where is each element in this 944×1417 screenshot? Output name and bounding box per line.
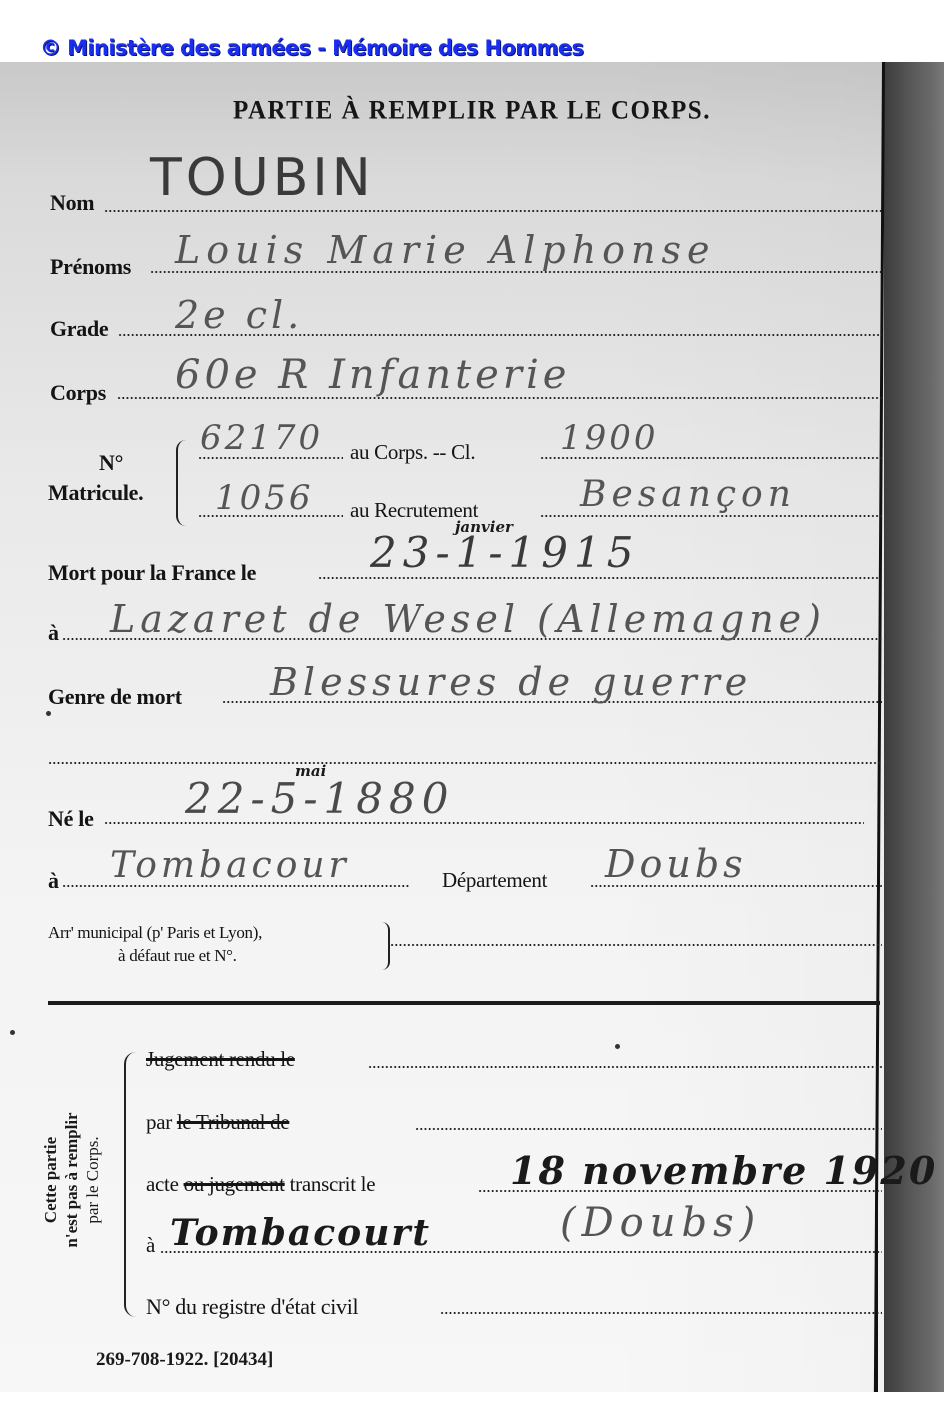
matricule-corps-number: 62170 (200, 418, 323, 458)
mort-a-label: à (48, 620, 59, 646)
ink-speck (10, 1030, 15, 1035)
mort-le-label: Mort pour la France le (48, 560, 256, 586)
grade-value: 2e cl. (175, 293, 303, 337)
recrutement-place: Besançon (580, 474, 796, 515)
ne-a-label: à (48, 868, 59, 894)
arrondissement-label-1: Arr' municipal (p' Paris et Lyon), (48, 923, 262, 943)
prenoms-label: Prénoms (50, 254, 131, 280)
section-divider (48, 1001, 880, 1005)
matricule-label-no: N° (99, 450, 123, 476)
matricule-brace (176, 440, 186, 526)
ne-le-value: 22-5-1880 (185, 774, 454, 823)
arrondissement-label-2: à défaut rue et N°. (118, 946, 237, 966)
departement-label: Département (442, 868, 547, 893)
nom-value: TOUBIN (150, 148, 375, 208)
jugement-leader (368, 1066, 882, 1068)
classe-value: 1900 (560, 418, 659, 458)
ink-speck (46, 711, 51, 716)
genre-de-mort-leader-2 (48, 762, 882, 764)
lower-section-brace (124, 1052, 136, 1317)
registre-leader (440, 1312, 882, 1314)
lieu-label: à (146, 1233, 155, 1258)
grade-label: Grade (50, 316, 108, 342)
ink-speck (615, 1044, 620, 1049)
ne-a-value: Tombacour (110, 845, 350, 886)
nom-leader (104, 210, 882, 212)
acte-value: 18 novembre 1920 (510, 1148, 937, 1193)
tribunal-prefix: par (146, 1110, 172, 1134)
side-label: Cette partie n'est pas à remplir par le … (40, 1075, 120, 1285)
acte-label: acte ou jugement transcrit le (146, 1172, 375, 1197)
page-edge-line-lower (876, 1040, 878, 1392)
recrutement-leader (540, 515, 882, 517)
arrondissement-brace (382, 922, 390, 970)
acte-suffix: transcrit le (290, 1172, 376, 1196)
registre-label: N° du registre d'état civil (146, 1294, 358, 1320)
mort-le-value: 23-1-1915 (370, 528, 639, 577)
prenoms-value: Louis Marie Alphonse (175, 228, 716, 272)
side-label-line3: par le Corps. (82, 1075, 103, 1285)
jugement-label: Jugement rendu le (146, 1047, 295, 1072)
corps-label: Corps (50, 380, 106, 406)
watermark: © Ministère des armées - Mémoire des Hom… (40, 36, 583, 60)
form-header: PARTIE À REMPLIR PAR LE CORPS. (0, 96, 944, 125)
form-footer: 269-708-1922. [20434] (96, 1349, 273, 1371)
lieu-value: Tombacourt (170, 1212, 431, 1254)
genre-de-mort-label: Genre de mort (48, 684, 182, 710)
au-corps-label: au Corps. -- Cl. (350, 440, 475, 465)
nom-label: Nom (50, 190, 94, 216)
mort-a-value: Lazaret de Wesel (Allemagne) (110, 597, 826, 641)
mort-le-leader (318, 577, 882, 579)
matricule-recrutement-number: 1056 (215, 478, 314, 518)
lieu-dept: (Doubs) (560, 1200, 761, 1246)
corps-value: 60e R Infanterie (175, 352, 570, 398)
genre-de-mort-value: Blessures de guerre (270, 660, 752, 704)
tribunal-leader (415, 1128, 882, 1130)
tribunal-struck: le Tribunal de (177, 1110, 289, 1134)
acte-struck: ou jugement (184, 1172, 285, 1196)
arrondissement-leader (390, 944, 882, 946)
tribunal-label: par le Tribunal de (146, 1110, 289, 1135)
ne-le-label: Né le (48, 806, 94, 832)
matricule-label: Matricule. (48, 480, 143, 506)
departement-value: Doubs (605, 842, 747, 886)
side-label-line2: n'est pas à remplir (61, 1075, 82, 1285)
side-label-line1: Cette partie (40, 1075, 61, 1285)
acte-prefix: acte (146, 1172, 179, 1196)
